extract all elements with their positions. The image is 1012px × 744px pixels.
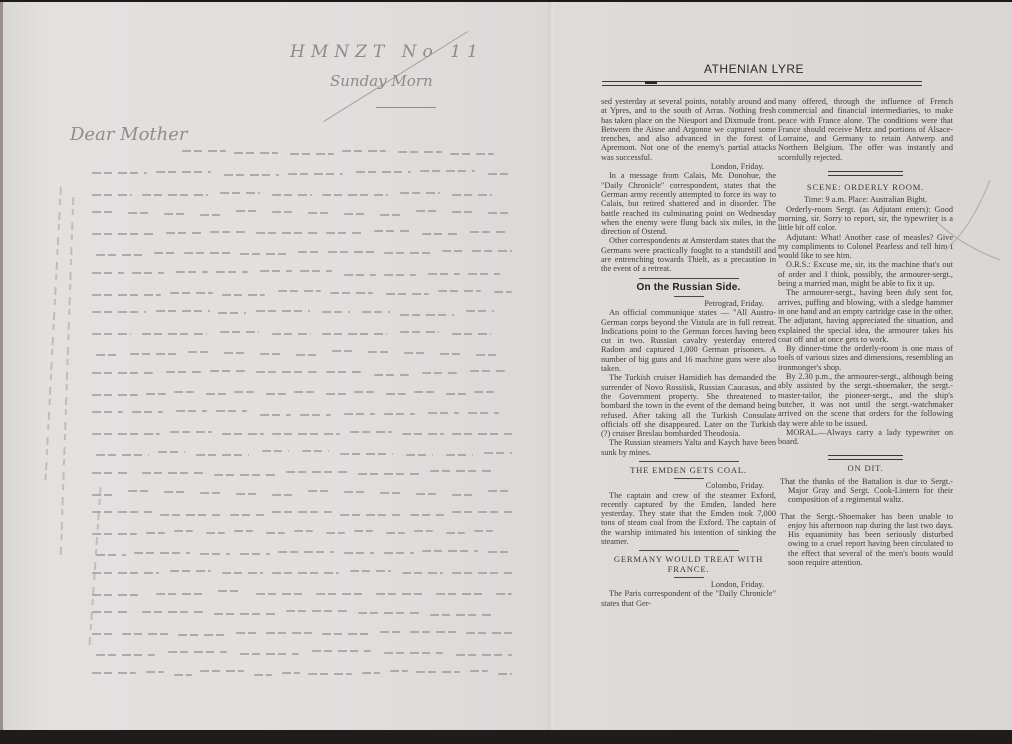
article-paragraph: many offered, through the influence of F… — [778, 97, 953, 162]
newsletter-title: ATHENIAN LYRE — [554, 62, 954, 76]
on-dit-item: That the Sergt.-Shoemaker has been unabl… — [778, 512, 953, 568]
handwritten-line — [92, 162, 522, 182]
handwritten-line — [92, 502, 522, 522]
dateline: London, Friday. — [601, 580, 776, 589]
scene-setting: Time: 9 a.m. Place: Australian Bight. — [778, 195, 953, 204]
handwritten-line — [92, 562, 522, 582]
handwritten-line — [92, 402, 522, 422]
article-paragraph: The armourer-sergt., having been duly se… — [778, 288, 953, 344]
scanner-bed-edge — [0, 730, 1012, 744]
headline-on-dit: ON DIT. — [778, 464, 953, 473]
article-paragraph: By 2.30 p.m., the armourer-sergt., altho… — [778, 372, 953, 428]
newsletter-column-left: sed yesterday at several points, notably… — [601, 97, 776, 608]
article-paragraph: O.R.S.: Excuse me, sir, its the machine … — [778, 260, 953, 288]
article-paragraph: Adjutant: What! Another case of measles?… — [778, 233, 953, 261]
letter-date: Sunday Morn — [330, 72, 433, 90]
on-dit-item: That the thanks of the Battalion is due … — [778, 477, 953, 505]
handwritten-line — [92, 302, 522, 322]
handwritten-letter-page: HMNZT No 11 Sunday Morn Dear Mother — [0, 2, 548, 730]
handwritten-line — [92, 542, 522, 562]
handwritten-line — [92, 482, 522, 502]
letter-body — [92, 142, 522, 682]
handwritten-line — [92, 202, 522, 222]
on-dit-list: That the thanks of the Battalion is due … — [778, 477, 953, 568]
handwritten-line — [92, 582, 522, 602]
headline-russian-side: On the Russian Side. — [601, 283, 776, 292]
article-paragraph: In a message from Calais, Mr. Donohue, t… — [601, 171, 776, 236]
headline-emden: THE EMDEN GETS COAL. — [601, 466, 776, 475]
margin-note — [30, 187, 110, 637]
section-rule — [639, 278, 739, 279]
handwritten-line — [92, 322, 522, 342]
handwritten-line — [92, 242, 522, 262]
headline-scene: SCENE: ORDERLY ROOM. — [778, 183, 953, 192]
title-rule — [602, 81, 922, 86]
article-paragraph: The Turkish cruiser Hamidieh has demande… — [601, 373, 776, 438]
article-paragraph: The Russian steamers Yalta and Kaych hav… — [601, 438, 776, 457]
section-rule — [828, 455, 903, 460]
handwritten-line — [92, 462, 522, 482]
handwritten-line — [92, 222, 522, 242]
handwritten-line — [92, 642, 522, 662]
handwritten-line — [92, 602, 522, 622]
article-paragraph: The Paris correspondent of the "Daily Ch… — [601, 589, 776, 608]
handwritten-line — [92, 182, 522, 202]
headline-germany: GERMANY WOULD TREAT WITH FRANCE. — [601, 555, 776, 574]
dateline: Petrograd, Friday. — [601, 299, 776, 308]
section-rule — [674, 296, 704, 297]
handwritten-line — [92, 282, 522, 302]
handwritten-line — [92, 142, 522, 162]
handwritten-line — [92, 522, 522, 542]
article-paragraph: The captain and crew of the steamer Exfo… — [601, 491, 776, 547]
handwritten-line — [92, 362, 522, 382]
handwritten-line — [92, 262, 522, 282]
section-rule — [639, 550, 739, 551]
handwritten-line — [92, 662, 522, 682]
handwritten-line — [92, 422, 522, 442]
handwritten-line — [92, 342, 522, 362]
article-paragraph: Orderly-room Sergt. (as Adjutant enters)… — [778, 205, 953, 233]
pencil-mark-icon — [930, 170, 1010, 270]
section-rule — [674, 577, 704, 578]
section-rule — [674, 478, 704, 479]
article-paragraph: MORAL.—Always carry a lady typewriter on… — [778, 428, 953, 447]
dateline: London, Friday. — [601, 162, 776, 171]
article-paragraph: sed yesterday at several points, notably… — [601, 97, 776, 162]
dateline: Colombo, Friday. — [601, 481, 776, 490]
handwritten-line — [92, 442, 522, 462]
handwritten-line — [92, 622, 522, 642]
section-rule — [828, 171, 903, 176]
handwritten-line — [92, 382, 522, 402]
page-edge — [0, 2, 3, 730]
date-underline — [376, 107, 436, 108]
newsletter-column-right: many offered, through the influence of F… — [778, 97, 953, 574]
letter-header: HMNZT No 11 — [290, 42, 484, 62]
article-paragraph: Other correspondents at Amsterdam states… — [601, 236, 776, 273]
section-rule — [639, 461, 739, 462]
article-paragraph: By dinner-time the orderly-room is one m… — [778, 344, 953, 372]
article-paragraph: An official communique states — "All Aus… — [601, 308, 776, 373]
